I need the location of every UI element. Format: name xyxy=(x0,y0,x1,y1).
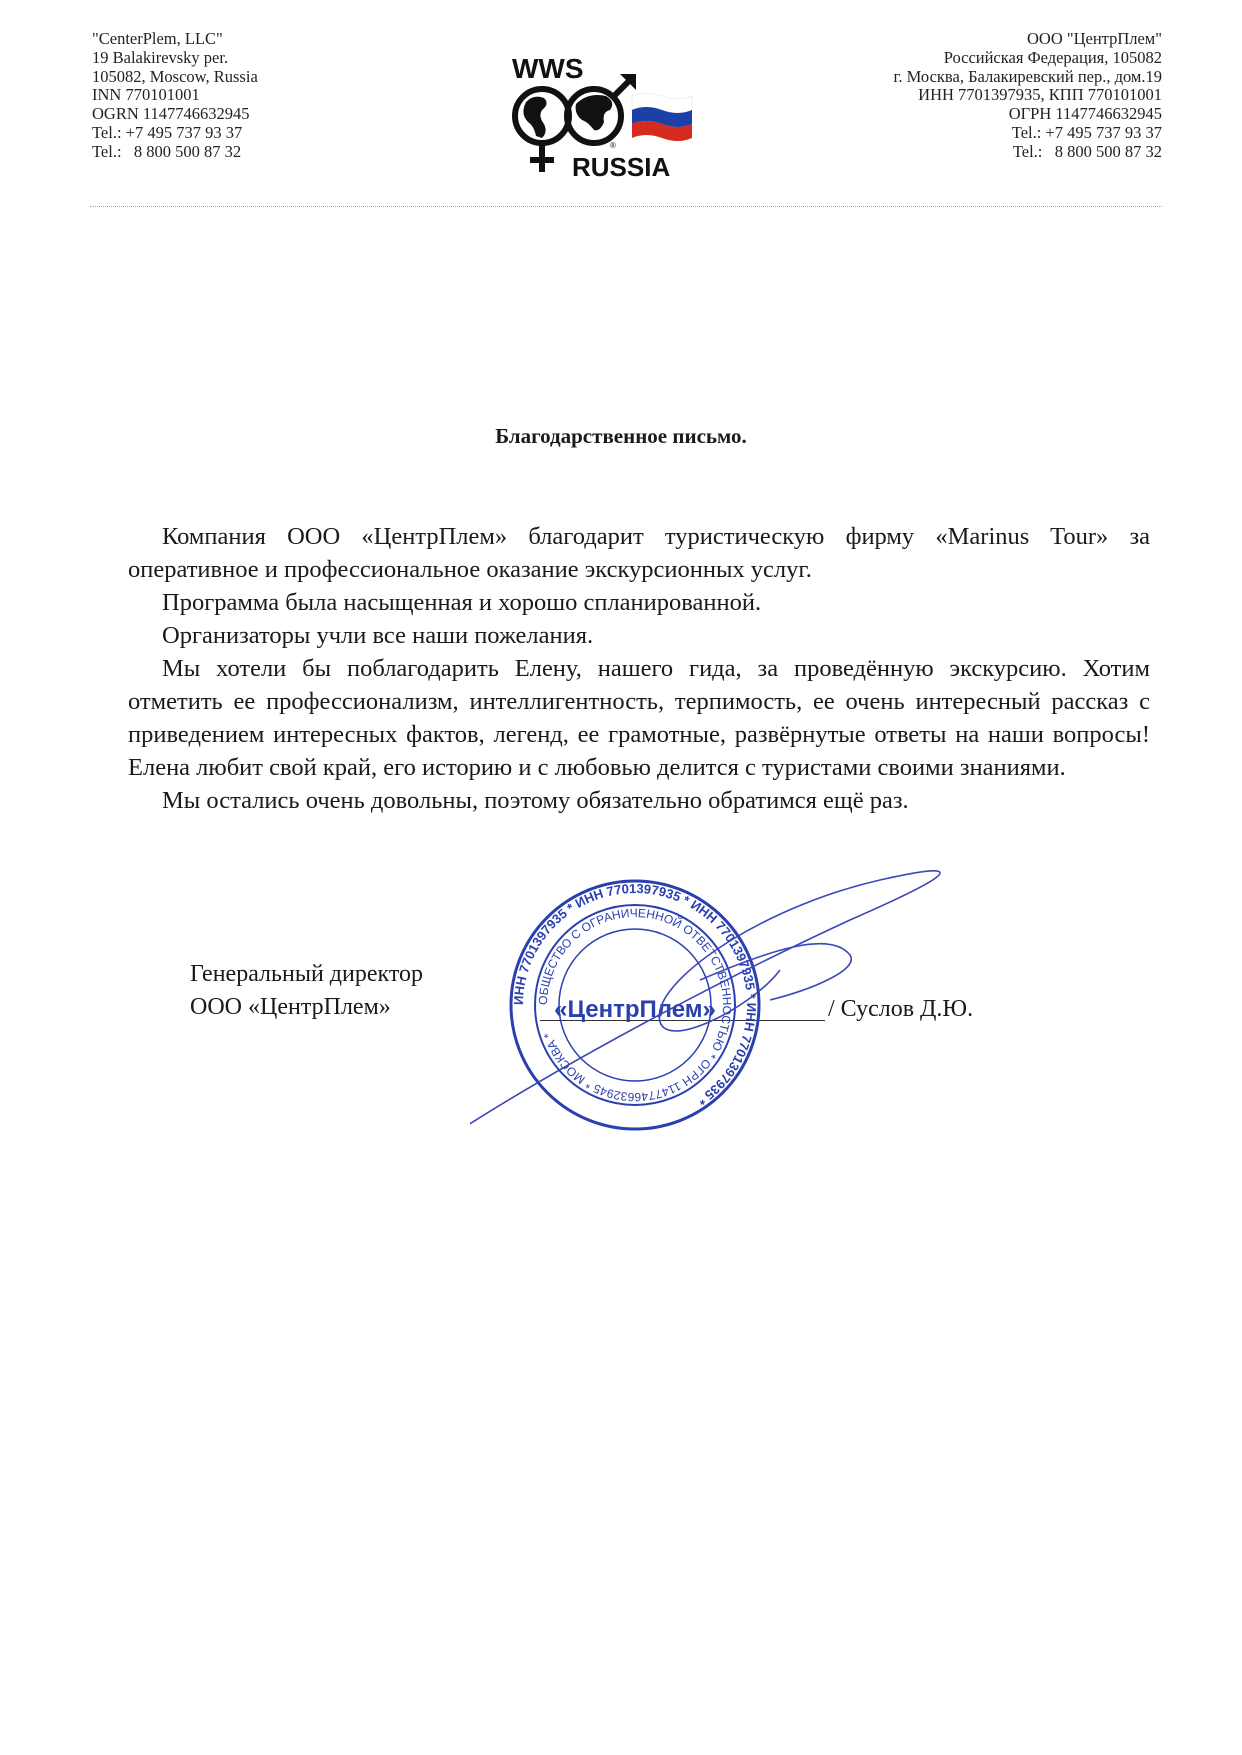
address-line: OGRN 1147746632945 xyxy=(92,105,258,124)
sender-address-ru: ООО "ЦентрПлем" Российская Федерация, 10… xyxy=(894,30,1162,162)
address-line: ИНН 7701397935, КПП 770101001 xyxy=(894,86,1162,105)
company-stamp: ИНН 7701397935 * ИНН 7701397935 * ИНН 77… xyxy=(470,860,1030,1150)
letter-body: Компания ООО «ЦентрПлем» благодарит тури… xyxy=(128,520,1150,817)
letter-title: Благодарственное письмо. xyxy=(0,424,1242,449)
signatory-position: Генеральный директор xyxy=(190,958,423,991)
address-line: 19 Balakirevsky per. xyxy=(92,49,258,68)
logo-bottom-text: RUSSIA xyxy=(572,152,670,182)
address-line: ООО "ЦентрПлем" xyxy=(894,30,1162,49)
address-line: 105082, Moscow, Russia xyxy=(92,68,258,87)
address-line: Tel.: 8 800 500 87 32 xyxy=(92,143,258,162)
signatory-block: Генеральный директор ООО «ЦентрПлем» xyxy=(190,958,423,1024)
address-line: ОГРН 1147746632945 xyxy=(894,105,1162,124)
seal-center-text: «ЦентрПлем» xyxy=(554,996,716,1023)
sender-address-en: "CenterPlem, LLC" 19 Balakirevsky per. 1… xyxy=(92,30,258,162)
address-line: "CenterPlem, LLC" xyxy=(92,30,258,49)
paragraph: Компания ООО «ЦентрПлем» благодарит тури… xyxy=(128,520,1150,586)
address-line: Российская Федерация, 105082 xyxy=(894,49,1162,68)
signatory-company: ООО «ЦентрПлем» xyxy=(190,991,423,1024)
address-line: Tel.: 8 800 500 87 32 xyxy=(894,143,1162,162)
address-line: INN 770101001 xyxy=(92,86,258,105)
logo-top-text: WWS xyxy=(512,53,584,84)
russian-flag-icon xyxy=(632,93,692,141)
paragraph: Организаторы учли все наши пожелания. xyxy=(128,619,1150,652)
globe-right-icon xyxy=(567,74,636,143)
address-line: г. Москва, Балакиревский пер., дом.19 xyxy=(894,68,1162,87)
address-line: Tel.: +7 495 737 93 37 xyxy=(894,124,1162,143)
paragraph: Мы хотели бы поблагодарить Елену, нашего… xyxy=(128,652,1150,784)
registered-mark: ® xyxy=(610,141,616,150)
header-divider xyxy=(90,206,1162,207)
globe-left-icon xyxy=(515,89,569,172)
paragraph: Мы остались очень довольны, поэтому обяз… xyxy=(128,784,1150,817)
wws-russia-logo: WWS ® RUSSIA xyxy=(510,52,730,192)
paragraph: Программа была насыщенная и хорошо сплан… xyxy=(128,586,1150,619)
address-line: Tel.: +7 495 737 93 37 xyxy=(92,124,258,143)
